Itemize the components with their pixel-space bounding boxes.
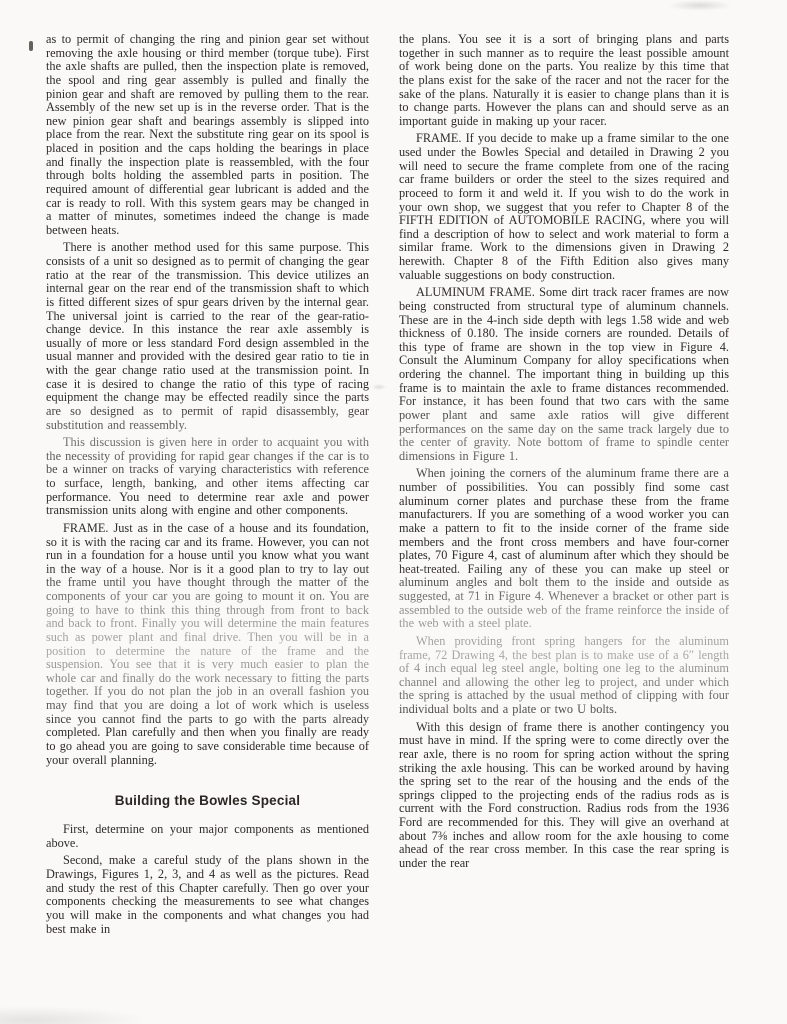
paragraph: This discussion is given here in order t…: [46, 436, 369, 518]
paragraph: ALUMINUM FRAME. Some dirt track racer fr…: [399, 286, 729, 463]
page: as to permit of changing the ring and pi…: [0, 0, 787, 1024]
section-heading: Building the Bowles Special: [46, 793, 369, 808]
scan-smudge: [668, 0, 732, 11]
paragraph: FRAME. If you decide to make up a frame …: [399, 132, 729, 282]
scan-smudge: [372, 384, 386, 390]
paragraph: When joining the corners of the aluminum…: [399, 467, 729, 631]
paragraph: the plans. You see it is a sort of bring…: [399, 33, 729, 128]
right-column: the plans. You see it is a sort of bring…: [399, 33, 729, 871]
paragraph: When providing front spring hangers for …: [399, 635, 729, 717]
paragraph: There is another method used for this sa…: [46, 241, 369, 432]
paragraph: Second, make a careful study of the plan…: [46, 854, 369, 936]
scan-smudge: [0, 1006, 150, 1024]
paragraph: as to permit of changing the ring and pi…: [46, 33, 369, 237]
paragraph: First, determine on your major component…: [46, 823, 369, 850]
left-column: as to permit of changing the ring and pi…: [46, 33, 369, 936]
ink-mark: [29, 41, 33, 51]
paragraph: With this design of frame there is anoth…: [399, 721, 729, 871]
paragraph: FRAME. Just as in the case of a house an…: [46, 522, 369, 767]
